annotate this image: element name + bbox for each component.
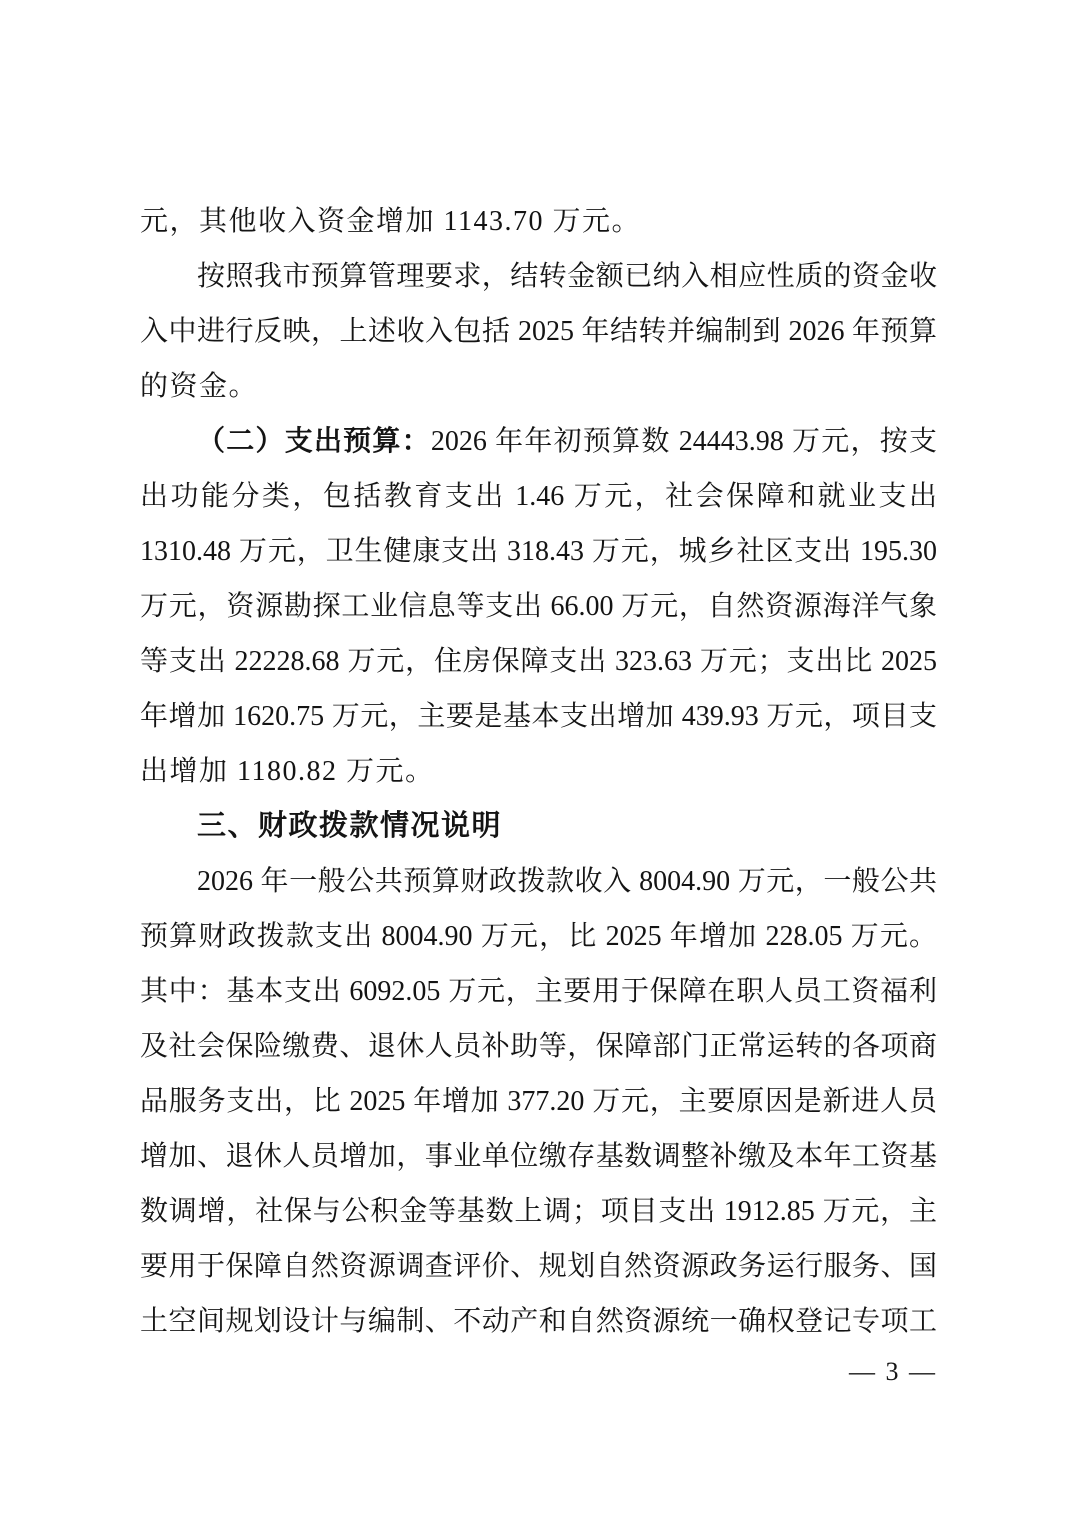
- text-line: 出增加 1180.82 万元。: [140, 744, 937, 799]
- text-line: 及社会保险缴费、退休人员补助等，保障部门正常运转的各项商: [140, 1019, 937, 1074]
- text-line: 要用于保障自然资源调查评价、规划自然资源政务运行服务、国: [140, 1239, 937, 1294]
- text-line: 预算财政拨款支出 8004.90 万元，比 2025 年增加 228.05 万元…: [140, 909, 937, 964]
- text-line: 的资金。: [140, 359, 937, 414]
- text-line: 增加、退休人员增加，事业单位缴存基数调整补缴及本年工资基: [140, 1129, 937, 1184]
- text-line: 2026 年一般公共预算财政拨款收入 8004.90 万元，一般公共: [140, 854, 937, 909]
- text-line: 土空间规划设计与编制、不动产和自然资源统一确权登记专项工: [140, 1294, 937, 1349]
- text-line: 出功能分类，包括教育支出 1.46 万元，社会保障和就业支出: [140, 469, 937, 524]
- text-line: 万元，资源勘探工业信息等支出 66.00 万元，自然资源海洋气象: [140, 579, 937, 634]
- text-line: 其中：基本支出 6092.05 万元，主要用于保障在职人员工资福利: [140, 964, 937, 1019]
- text-line: 等支出 22228.68 万元，住房保障支出 323.63 万元；支出比 202…: [140, 634, 937, 689]
- text-line: 1310.48 万元，卫生健康支出 318.43 万元，城乡社区支出 195.3…: [140, 524, 937, 579]
- subsection-label: （二）支出预算：: [197, 426, 431, 457]
- text-line: （二）支出预算：2026 年年初预算数 24443.98 万元，按支: [140, 414, 937, 469]
- text-line: 元，其他收入资金增加 1143.70 万元。: [140, 194, 937, 249]
- document-page: 元，其他收入资金增加 1143.70 万元。 按照我市预算管理要求，结转金额已纳…: [0, 0, 1074, 1520]
- text-line: 按照我市预算管理要求，结转金额已纳入相应性质的资金收: [140, 249, 937, 304]
- section-heading: 三、财政拨款情况说明: [140, 799, 937, 854]
- document-body: 元，其他收入资金增加 1143.70 万元。 按照我市预算管理要求，结转金额已纳…: [140, 194, 937, 1349]
- text-run: 2026 年年初预算数 24443.98 万元，按支: [431, 426, 937, 457]
- text-line: 入中进行反映，上述收入包括 2025 年结转并编制到 2026 年预算: [140, 304, 937, 359]
- page-number: — 3 —: [140, 1352, 937, 1392]
- text-line: 数调增，社保与公积金等基数上调；项目支出 1912.85 万元，主: [140, 1184, 937, 1239]
- text-line: 品服务支出，比 2025 年增加 377.20 万元，主要原因是新进人员: [140, 1074, 937, 1129]
- text-line: 年增加 1620.75 万元，主要是基本支出增加 439.93 万元，项目支: [140, 689, 937, 744]
